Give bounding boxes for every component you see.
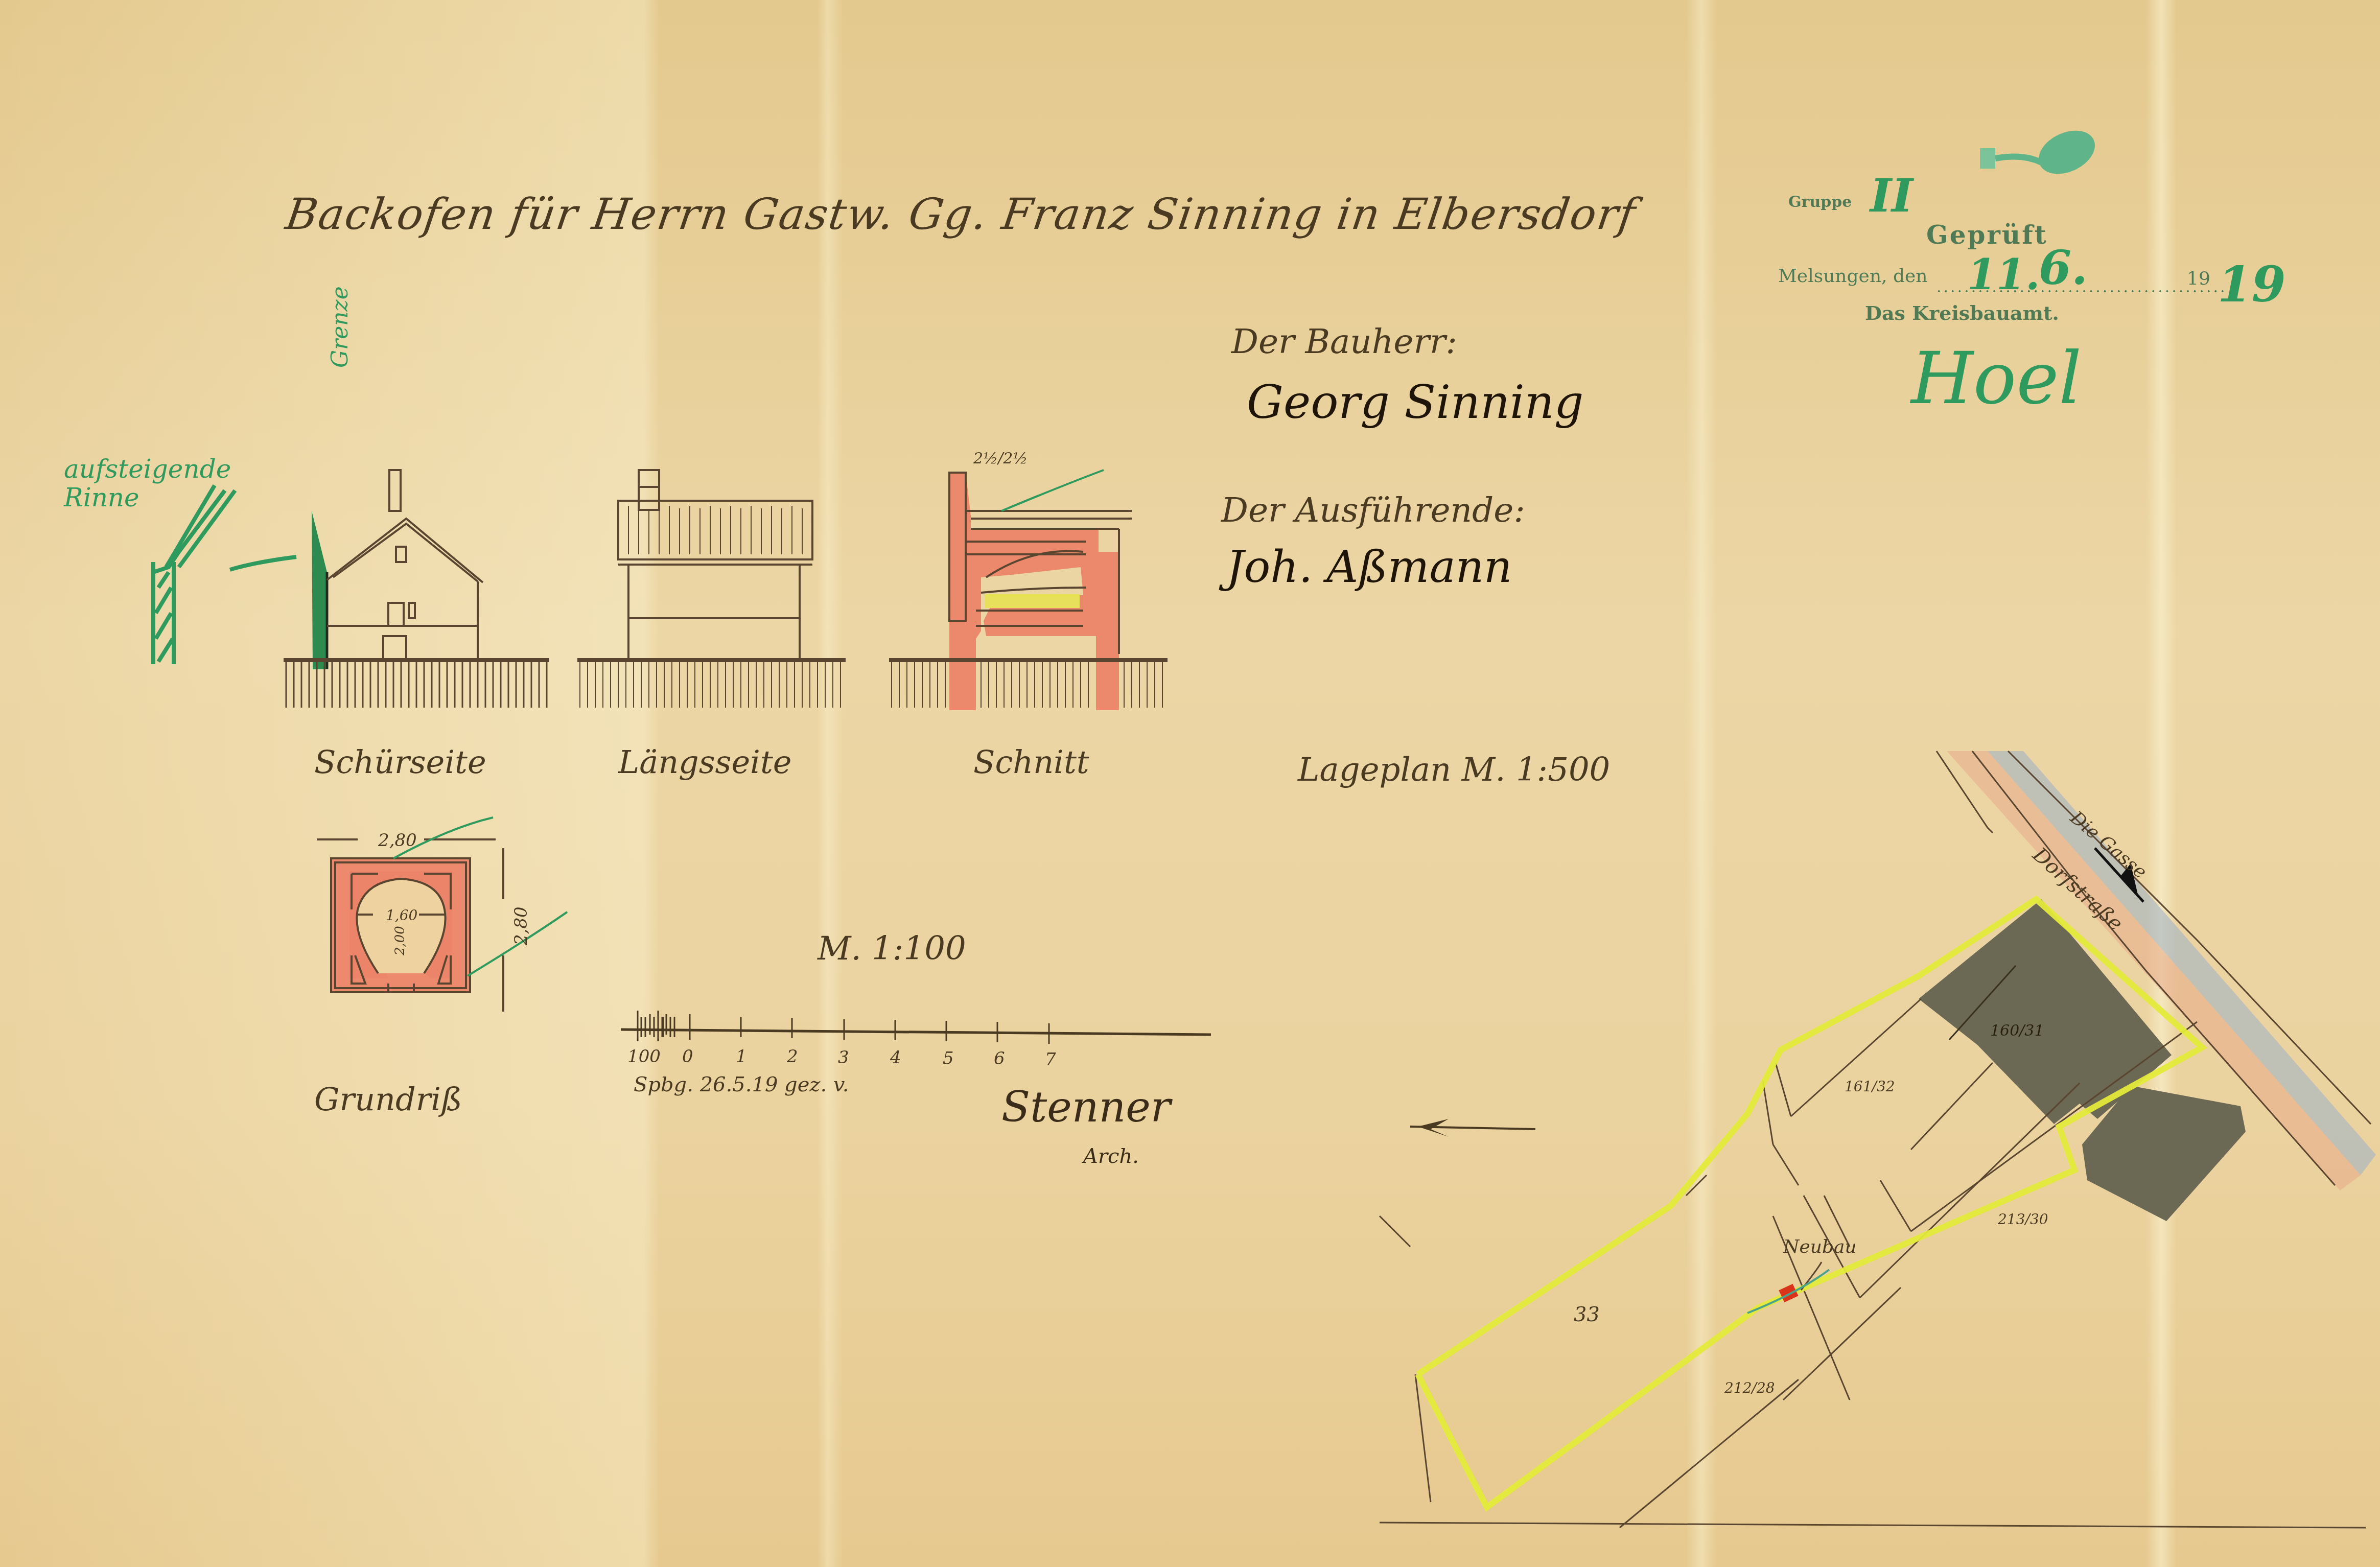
parcel-33: 33 [1574,1303,1600,1326]
new-building-label: Neubau [1783,1236,1857,1257]
site-plan-map [0,0,2380,1567]
parcel-212-28: 212/28 [1724,1379,1775,1396]
parcel-160-31: 160/31 [1990,1022,2044,1040]
parcel-161-32: 161/32 [1845,1078,1895,1095]
parcel-213-30: 213/30 [1998,1211,2048,1228]
